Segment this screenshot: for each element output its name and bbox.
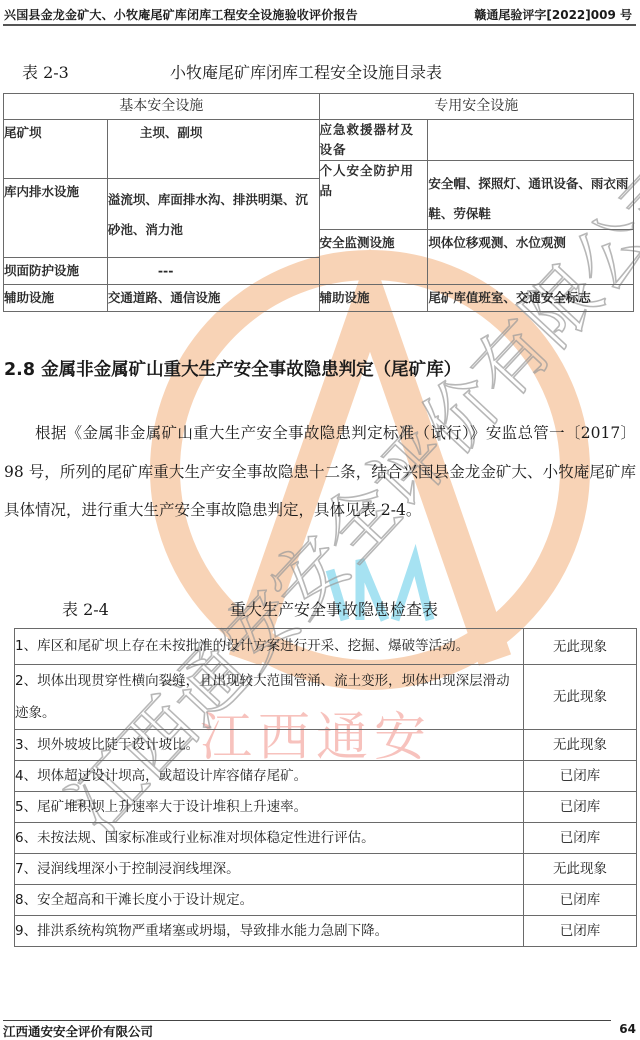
hazard-item: 4、坝体超过设计坝高，或超设计库容储存尾矿。	[15, 761, 524, 792]
hazard-result: 已闭库	[524, 792, 637, 823]
hazard-item: 6、未按法规、国家标准或行业标准对坝体稳定性进行评估。	[15, 823, 524, 854]
table-row: 4、坝体超过设计坝高，或超设计库容储存尾矿。 已闭库	[15, 761, 637, 792]
column-header-basic: 基本安全设施	[4, 94, 320, 120]
safety-facilities-table: 基本安全设施 专用安全设施 尾矿坝 主坝、副坝 应急救援器材及设备 个人安全防护…	[3, 93, 634, 312]
basic-facility-name: 辅助设施	[4, 285, 108, 312]
table-row: 9、排洪系统构筑物严重堵塞或坍塌，导致排水能力急剧下降。 已闭库	[15, 916, 637, 947]
page-header: 兴国县金龙金矿大、小牧庵尾矿库闭库工程安全设施验收评价报告 赣通尾验评字[202…	[4, 4, 636, 24]
header-divider	[3, 24, 636, 26]
table-row: 6、未按法规、国家标准或行业标准对坝体稳定性进行评估。 已闭库	[15, 823, 637, 854]
table-row: 2、坝体出现贯穿性横向裂缝，且出现较大范围管涌、流土变形，坝体出现深层滑动迹象。…	[15, 665, 637, 730]
hazard-item: 2、坝体出现贯穿性横向裂缝，且出现较大范围管涌、流土变形，坝体出现深层滑动迹象。	[15, 665, 524, 730]
hazard-item: 5、尾矿堆积坝上升速率大于设计堆积上升速率。	[15, 792, 524, 823]
report-title: 兴国县金龙金矿大、小牧庵尾矿库闭库工程安全设施验收评价报告	[4, 6, 358, 23]
hazard-result: 无此现象	[524, 665, 637, 730]
basic-facility-name: 坝面防护设施	[4, 258, 108, 285]
special-facility-name: 安全监测设施	[319, 230, 428, 285]
table-2-3-title: 小牧庵尾矿库闭库工程安全设施目录表	[170, 60, 442, 83]
footer-company: 江西通安安全评价有限公司	[3, 1022, 153, 1040]
special-facility-value: 尾矿库值班室、交通安全标志	[428, 285, 634, 312]
special-facility-value	[428, 120, 634, 161]
basic-facility-name: 尾矿坝	[4, 120, 108, 179]
basic-facility-name: 库内排水设施	[4, 179, 108, 258]
basic-facility-value: 溢流坝、库面排水沟、排洪明渠、沉砂池、消力池	[107, 179, 319, 258]
report-number: 赣通尾验评字[2022]009 号	[474, 6, 632, 23]
table-2-4-number: 表 2-4	[62, 597, 109, 620]
hazard-result: 无此现象	[524, 854, 637, 885]
hazard-result: 无此现象	[524, 629, 637, 665]
paragraph-text: 根据《金属非金属矿山重大生产安全事故隐患判定标准（试行）》安监总管一〔2017〕…	[4, 414, 636, 530]
hazard-result: 已闭库	[524, 885, 637, 916]
column-header-special: 专用安全设施	[319, 94, 633, 120]
table-row: 7、浸润线埋深小于控制浸润线埋深。 无此现象	[15, 854, 637, 885]
hazard-item: 7、浸润线埋深小于控制浸润线埋深。	[15, 854, 524, 885]
section-heading: 2.8 金属非金属矿山重大生产安全事故隐患判定（尾矿库）	[4, 356, 461, 381]
special-facility-name: 辅助设施	[319, 285, 428, 312]
special-facility-name: 应急救援器材及设备	[319, 120, 428, 161]
hazard-item: 1、库区和尾矿坝上存在未按批准的设计方案进行开采、挖掘、爆破等活动。	[15, 629, 524, 665]
body-paragraph: 根据《金属非金属矿山重大生产安全事故隐患判定标准（试行）》安监总管一〔2017〕…	[4, 414, 636, 530]
table-row: 3、坝外坡坡比陡于设计坡比。 无此现象	[15, 730, 637, 761]
page-number: 64	[619, 1022, 636, 1036]
hazard-item: 9、排洪系统构筑物严重堵塞或坍塌，导致排水能力急剧下降。	[15, 916, 524, 947]
hazard-item: 3、坝外坡坡比陡于设计坡比。	[15, 730, 524, 761]
table-row: 5、尾矿堆积坝上升速率大于设计堆积上升速率。 已闭库	[15, 792, 637, 823]
hazard-check-table: 1、库区和尾矿坝上存在未按批准的设计方案进行开采、挖掘、爆破等活动。 无此现象 …	[14, 628, 637, 947]
special-facility-value: 安全帽、探照灯、通讯设备、雨衣雨鞋、劳保鞋	[428, 161, 634, 230]
hazard-result: 已闭库	[524, 761, 637, 792]
table-row: 1、库区和尾矿坝上存在未按批准的设计方案进行开采、挖掘、爆破等活动。 无此现象	[15, 629, 637, 665]
table-row: 8、安全超高和干滩长度小于设计规定。 已闭库	[15, 885, 637, 916]
basic-facility-value: 交通道路、通信设施	[107, 285, 319, 312]
hazard-result: 已闭库	[524, 823, 637, 854]
table-2-4-title: 重大生产安全事故隐患检查表	[230, 597, 438, 620]
table-2-3-number: 表 2-3	[22, 60, 69, 83]
hazard-result: 无此现象	[524, 730, 637, 761]
basic-facility-value: 主坝、副坝	[107, 120, 319, 179]
basic-facility-value: ---	[107, 258, 319, 285]
hazard-item: 8、安全超高和干滩长度小于设计规定。	[15, 885, 524, 916]
footer-divider	[3, 1020, 611, 1021]
hazard-result: 已闭库	[524, 916, 637, 947]
special-facility-name: 个人安全防护用品	[319, 161, 428, 230]
special-facility-value: 坝体位移观测、水位观测	[428, 230, 634, 285]
